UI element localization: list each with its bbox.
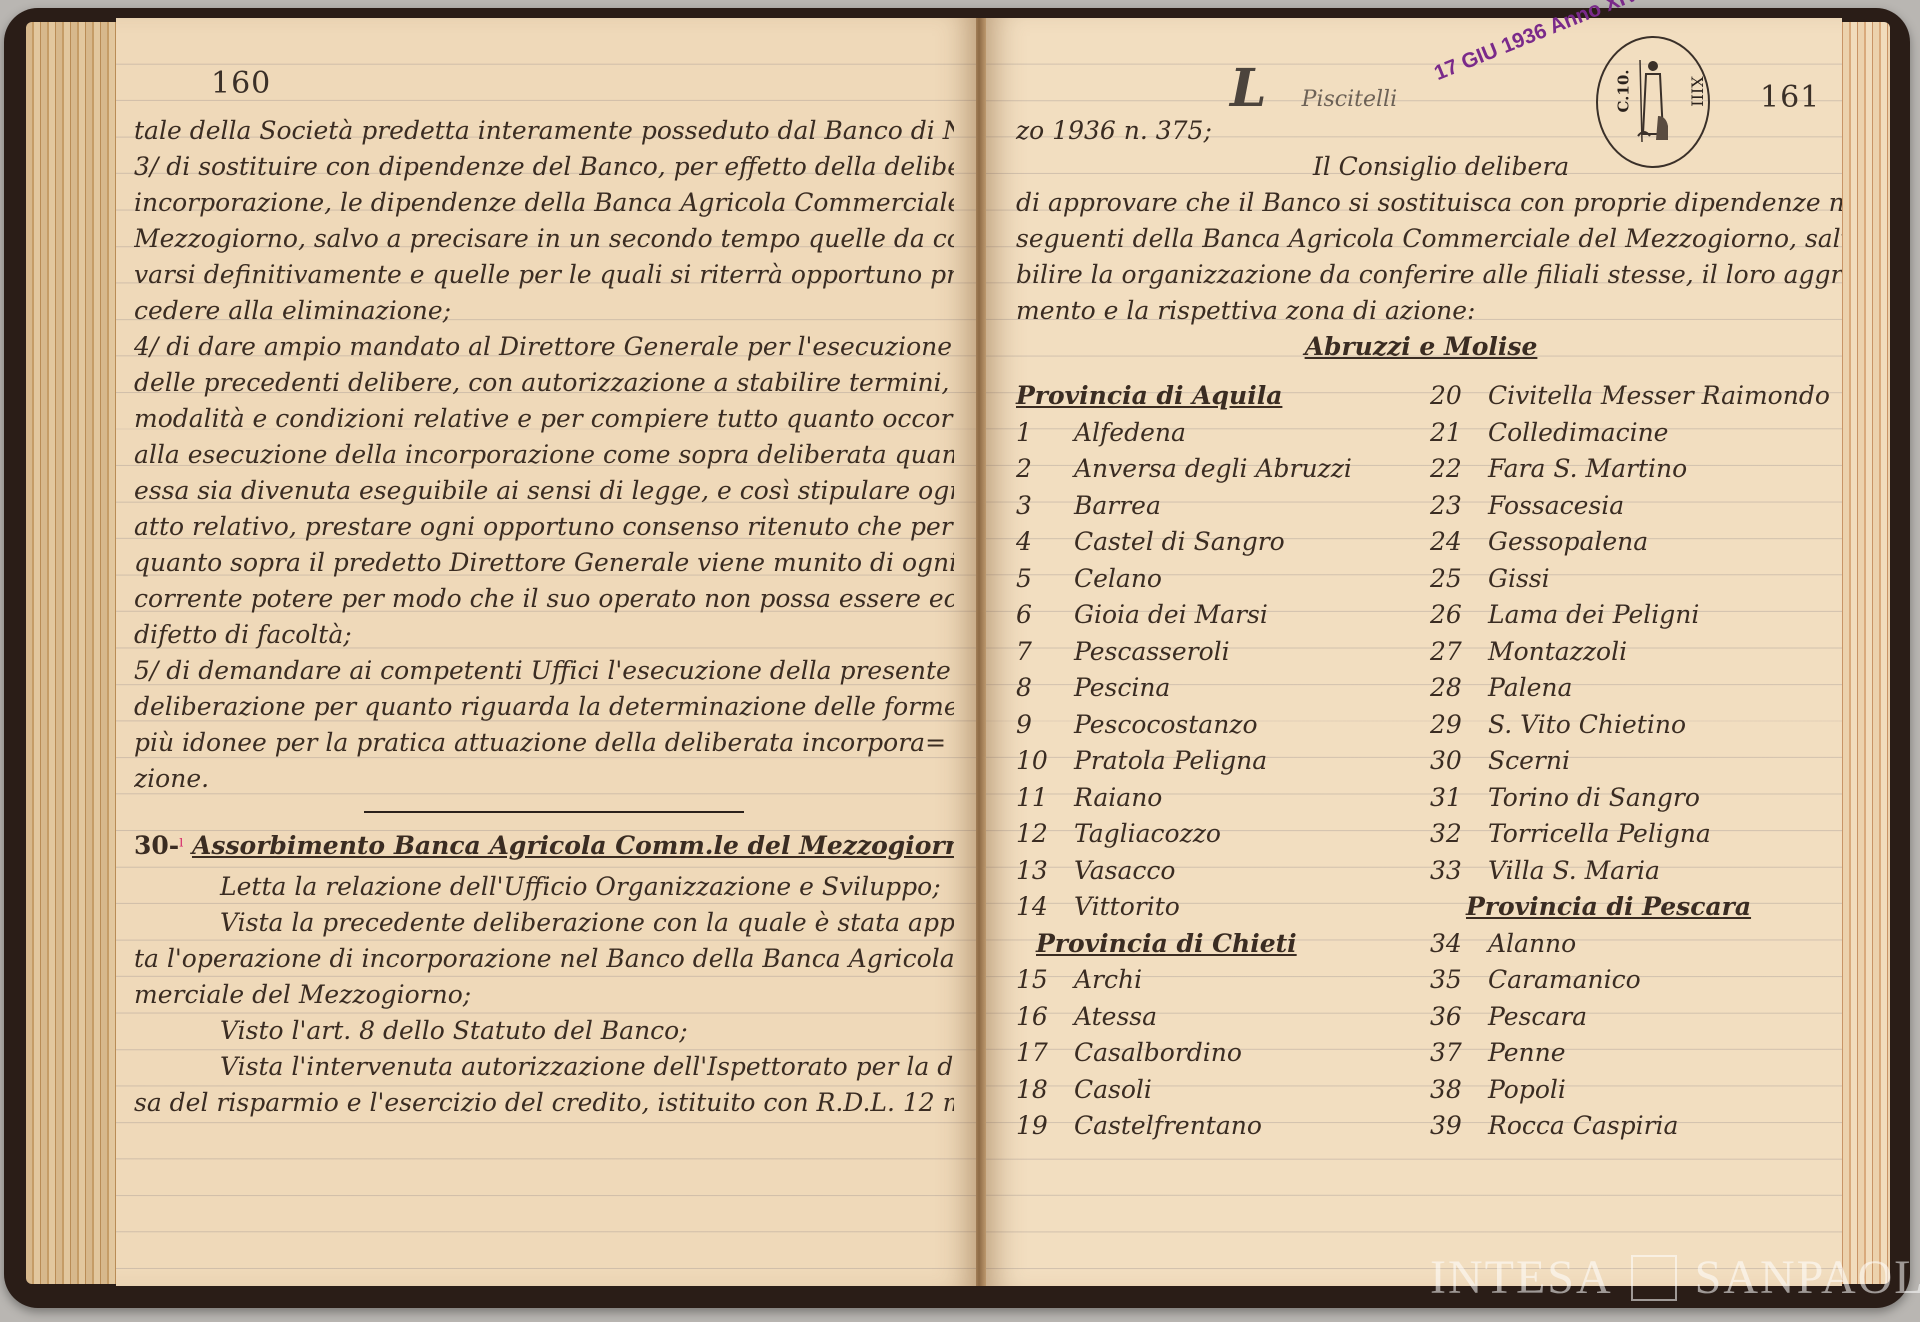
item-number: 19: [1016, 1108, 1074, 1144]
list-item: 31Torino di Sangro: [1430, 780, 1842, 817]
item-number: 18: [1016, 1072, 1074, 1108]
item-number: 33: [1430, 853, 1488, 889]
text-line: incorporazione, le dipendenze della Banc…: [134, 185, 954, 221]
item-number: 32: [1430, 816, 1488, 852]
item-heading: 30-ˡ Assorbimento Banca Agricola Comm.le…: [134, 823, 954, 869]
list-item: 9Pescocostanzo: [1016, 707, 1436, 744]
text-line: Mezzogiorno, salvo a precisare in un sec…: [134, 221, 954, 257]
text-line: di approvare che il Banco si sostituisca…: [1016, 185, 1826, 221]
town-name: Pescina: [1074, 673, 1170, 702]
item-number: 28: [1430, 670, 1488, 706]
list-item: 2Anversa degli Abruzzi: [1016, 451, 1436, 488]
list-item: 8Pescina: [1016, 670, 1436, 707]
item-number: 37: [1430, 1035, 1488, 1071]
list-item: 36Pescara: [1430, 999, 1842, 1036]
town-name: Vittorito: [1074, 892, 1180, 921]
town-name: Archi: [1074, 965, 1142, 994]
item-number: 23: [1430, 488, 1488, 524]
item-number: 11: [1016, 780, 1074, 816]
town-name: Civitella Messer Raimondo: [1488, 381, 1830, 410]
item-number: 15: [1016, 962, 1074, 998]
text-line: deliberazione per quanto riguarda la det…: [134, 689, 954, 725]
item-number: 22: [1430, 451, 1488, 487]
town-name: Fossacesia: [1488, 491, 1624, 520]
text-line: più idonee per la pratica attuazione del…: [134, 725, 954, 761]
list-item: 23Fossacesia: [1430, 488, 1842, 525]
item-number: 26: [1430, 597, 1488, 633]
item-number: 35: [1430, 962, 1488, 998]
list-item: 27Montazzoli: [1430, 634, 1842, 671]
list-item: 4Castel di Sangro: [1016, 524, 1436, 561]
province-heading: Provincia di Pescara: [1430, 889, 1842, 926]
resolution-heading: Il Consiglio delibera: [1016, 149, 1826, 185]
text-line: varsi definitivamente e quelle per le qu…: [134, 257, 954, 293]
item-number: 29: [1430, 707, 1488, 743]
list-item: 35Caramanico: [1430, 962, 1842, 999]
item-number: 24: [1430, 524, 1488, 560]
province-heading: Provincia di Chieti: [1016, 926, 1436, 963]
town-name: Pescara: [1488, 1002, 1587, 1031]
town-name: Pescasseroli: [1074, 637, 1230, 666]
text-line: Vista l'intervenuta autorizzazione dell'…: [134, 1049, 954, 1085]
list-item: 26Lama dei Peligni: [1430, 597, 1842, 634]
item-number: 1: [1016, 415, 1074, 451]
section-divider: [364, 811, 744, 813]
item-number: 38: [1430, 1072, 1488, 1108]
list-item: 25Gissi: [1430, 561, 1842, 598]
list-item: 14Vittorito: [1016, 889, 1436, 926]
item-number: 3: [1016, 488, 1074, 524]
town-name: Casoli: [1074, 1075, 1152, 1104]
right-page-text: zo 1936 n. 375; Il Consiglio delibera di…: [1016, 113, 1826, 365]
text-line: tale della Società predetta interamente …: [134, 113, 954, 149]
town-name: Villa S. Maria: [1488, 856, 1660, 885]
intesa-sanpaolo-watermark: INTESASANPAOLO: [1430, 1250, 1920, 1305]
town-name: Caramanico: [1488, 965, 1641, 994]
item-number: 5: [1016, 561, 1074, 597]
text-line: sa del risparmio e l'esercizio del credi…: [134, 1085, 954, 1121]
text-line: Letta la relazione dell'Ufficio Organizz…: [134, 869, 954, 905]
town-name: Scerni: [1488, 746, 1570, 775]
item-number: 4: [1016, 524, 1074, 560]
text-line: bilire la organizzazione da conferire al…: [1016, 257, 1826, 293]
list-item: 5Celano: [1016, 561, 1436, 598]
item-number: 17: [1016, 1035, 1074, 1071]
text-line: corrente potere per modo che il suo oper…: [134, 581, 954, 617]
item-number: 36: [1430, 999, 1488, 1035]
watermark-right: SANPAOLO: [1695, 1251, 1920, 1304]
text-line: modalità e condizioni relative e per com…: [134, 401, 954, 437]
official-seal-stamp: C.10. XIII: [1596, 36, 1710, 168]
list-item: 3Barrea: [1016, 488, 1436, 525]
list-item: 32Torricella Peligna: [1430, 816, 1842, 853]
town-name: Atessa: [1074, 1002, 1157, 1031]
text-line: ta l'operazione di incorporazione nel Ba…: [134, 941, 954, 977]
list-item: 19Castelfrentano: [1016, 1108, 1436, 1145]
list-item: 6Gioia dei Marsi: [1016, 597, 1436, 634]
list-item: 24Gessopalena: [1430, 524, 1842, 561]
text-line: quanto sopra il predetto Direttore Gener…: [134, 545, 954, 581]
list-item: 7Pescasseroli: [1016, 634, 1436, 671]
seal-left-text: C.10.: [1615, 70, 1633, 113]
list-item: 30Scerni: [1430, 743, 1842, 780]
town-name: Castelfrentano: [1074, 1111, 1262, 1140]
item-title: Assorbimento Banca Agricola Comm.le del …: [192, 831, 954, 860]
left-page: 160 tale della Società predetta interame…: [116, 18, 976, 1286]
item-number: 8: [1016, 670, 1074, 706]
page-number: 161: [1760, 80, 1820, 115]
list-item: 15Archi: [1016, 962, 1436, 999]
town-name: Raiano: [1074, 783, 1162, 812]
town-name: Barrea: [1074, 491, 1161, 520]
text-line: essa sia divenuta eseguibile ai sensi di…: [134, 473, 954, 509]
text-line: merciale del Mezzogiorno;: [134, 977, 954, 1013]
page-edges-left: [26, 22, 118, 1284]
list-item: 13Vasacco: [1016, 853, 1436, 890]
town-name: Palena: [1488, 673, 1572, 702]
item-number: 10: [1016, 743, 1074, 779]
town-name: Penne: [1488, 1038, 1566, 1067]
right-page: 161 zo 1936 n. 375; Il Consiglio deliber…: [986, 18, 1842, 1286]
text-line: Visto l'art. 8 dello Statuto del Banco;: [134, 1013, 954, 1049]
list-item: 16Atessa: [1016, 999, 1436, 1036]
item-number: 6: [1016, 597, 1074, 633]
text-line: 4/ di dare ampio mandato al Direttore Ge…: [134, 329, 954, 365]
text-line: difetto di facoltà;: [134, 617, 954, 653]
section-divider-wrap: [134, 797, 954, 823]
text-line: mento e la rispettiva zona di azione:: [1016, 293, 1826, 329]
province-heading: Provincia di Aquila: [1016, 378, 1436, 415]
list-item: 34Alanno: [1430, 926, 1842, 963]
region-heading: Abruzzi e Molise: [1016, 329, 1826, 365]
red-tick-mark: ˡ: [179, 834, 184, 858]
item-number: 12: [1016, 816, 1074, 852]
text-line: 3/ di sostituire con dipendenze del Banc…: [134, 149, 954, 185]
item-number: 16: [1016, 999, 1074, 1035]
town-name: Torino di Sangro: [1488, 783, 1700, 812]
list-item: 38Popoli: [1430, 1072, 1842, 1109]
item-number: 2: [1016, 451, 1074, 487]
town-name: Rocca Caspiria: [1488, 1111, 1678, 1140]
list-item: 28Palena: [1430, 670, 1842, 707]
text-line: zione.: [134, 761, 954, 797]
list-item: 39Rocca Caspiria: [1430, 1108, 1842, 1145]
text-line: cedere alla eliminazione;: [134, 293, 954, 329]
item-number: 31: [1430, 780, 1488, 816]
town-name: Pratola Peligna: [1074, 746, 1267, 775]
town-name: Pescocostanzo: [1074, 710, 1258, 739]
town-name: Gissi: [1488, 564, 1550, 593]
text-line: delle precedenti delibere, con autorizza…: [134, 365, 954, 401]
town-name: Alfedena: [1074, 418, 1186, 447]
item-number: 39: [1430, 1108, 1488, 1144]
town-name: Casalbordino: [1074, 1038, 1242, 1067]
item-number: 13: [1016, 853, 1074, 889]
left-page-text: tale della Società predetta interamente …: [134, 113, 954, 1121]
item-number: 21: [1430, 415, 1488, 451]
town-name: Gioia dei Marsi: [1074, 600, 1268, 629]
list-item: 33Villa S. Maria: [1430, 853, 1842, 890]
item-number: 9: [1016, 707, 1074, 743]
list-item: 18Casoli: [1016, 1072, 1436, 1109]
town-name: Tagliacozzo: [1074, 819, 1221, 848]
town-name: Celano: [1074, 564, 1162, 593]
item-number: 14: [1016, 889, 1074, 925]
item-number: 30-: [134, 831, 179, 860]
allegorical-figure-icon: [1636, 56, 1670, 148]
town-name: Torricella Peligna: [1488, 819, 1711, 848]
list-item: 22Fara S. Martino: [1430, 451, 1842, 488]
town-name: Popoli: [1488, 1075, 1566, 1104]
list-item: 11Raiano: [1016, 780, 1436, 817]
item-number: 27: [1430, 634, 1488, 670]
town-name: S. Vito Chietino: [1488, 710, 1686, 739]
signature-initial: L: [1230, 58, 1267, 119]
list-item: 1Alfedena: [1016, 415, 1436, 452]
list-item: 10Pratola Peligna: [1016, 743, 1436, 780]
page-number: 160: [211, 66, 271, 101]
item-number: 25: [1430, 561, 1488, 597]
item-number: 7: [1016, 634, 1074, 670]
text-line: seguenti della Banca Agricola Commercial…: [1016, 221, 1826, 257]
text-line: alla esecuzione della incorporazione com…: [134, 437, 954, 473]
list-item: 21Colledimacine: [1430, 415, 1842, 452]
signature: L Piscitelli: [1230, 58, 1397, 119]
branch-column-left: Provincia di Aquila 1Alfedena 2Anversa d…: [1016, 378, 1436, 1145]
town-name: Castel di Sangro: [1074, 527, 1285, 556]
town-name: Alanno: [1488, 929, 1576, 958]
text-line: atto relativo, prestare ogni opportuno c…: [134, 509, 954, 545]
town-name: Montazzoli: [1488, 637, 1627, 666]
town-name: Gessopalena: [1488, 527, 1648, 556]
intesa-sanpaolo-logo-icon: [1631, 1255, 1677, 1301]
item-number: 20: [1430, 378, 1488, 414]
item-number: 30: [1430, 743, 1488, 779]
item-number: 34: [1430, 926, 1488, 962]
list-item: 17Casalbordino: [1016, 1035, 1436, 1072]
seal-right-text: XIII: [1687, 76, 1706, 106]
list-item: 20Civitella Messer Raimondo: [1430, 378, 1842, 415]
watermark-left: INTESA: [1430, 1251, 1613, 1304]
town-name: Colledimacine: [1488, 418, 1668, 447]
town-name: Lama dei Peligni: [1488, 600, 1699, 629]
town-name: Fara S. Martino: [1488, 454, 1687, 483]
list-item: 29S. Vito Chietino: [1430, 707, 1842, 744]
town-name: Anversa degli Abruzzi: [1074, 454, 1352, 483]
town-name: Vasacco: [1074, 856, 1175, 885]
signature-name: Piscitelli: [1302, 87, 1397, 112]
list-item: 37Penne: [1430, 1035, 1842, 1072]
list-item: 12Tagliacozzo: [1016, 816, 1436, 853]
text-line: Vista la precedente deliberazione con la…: [134, 905, 954, 941]
branch-column-right: 20Civitella Messer Raimondo 21Colledimac…: [1430, 378, 1842, 1145]
text-line: 5/ di demandare ai competenti Uffici l'e…: [134, 653, 954, 689]
